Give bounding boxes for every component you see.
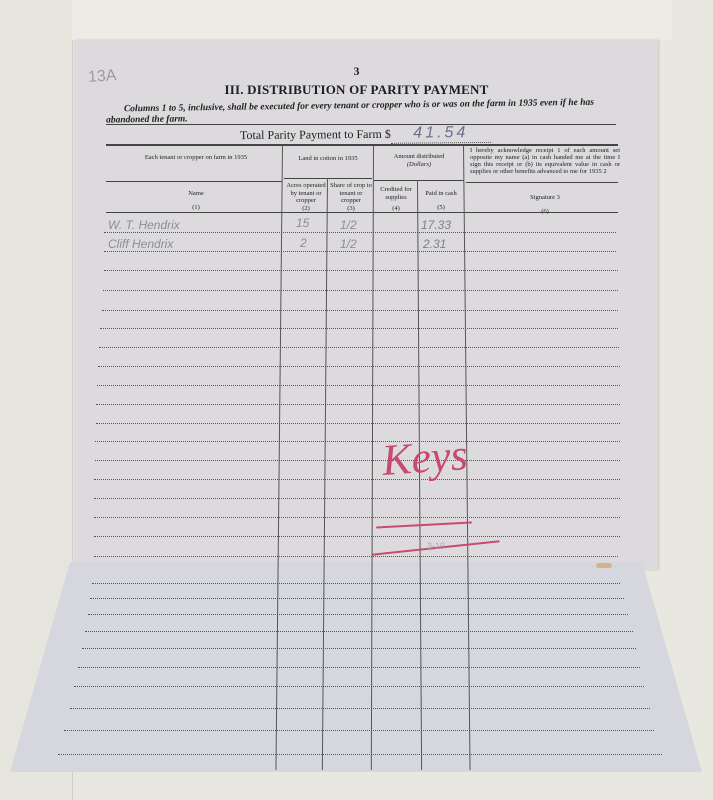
row-line: [74, 686, 644, 687]
acres-value: 2: [300, 236, 307, 250]
column-header-share: Share of crop to tenant or cropper(3): [329, 182, 373, 212]
row-line: [94, 479, 620, 480]
row-line: [94, 556, 618, 557]
row-line: [96, 423, 620, 424]
row-line: [58, 754, 662, 755]
header-acknowledgment: I hereby acknowledge receipt 1 of each a…: [470, 147, 620, 175]
row-line: [97, 385, 620, 386]
paid-cash-value: 2.31: [423, 237, 446, 251]
row-line: [94, 536, 620, 537]
form-title: III. DISTRIBUTION OF PARITY PAYMENT: [0, 82, 713, 98]
column-header-paid: Paid in cash(5): [419, 190, 463, 211]
row-line: [82, 648, 636, 649]
faint-stamp: 3-19: [414, 540, 458, 584]
column-header-acres: Acres operated by tenant or cropper(2): [285, 182, 327, 212]
header-subrule-4: [466, 182, 618, 183]
row-line: [104, 270, 618, 271]
row-line: [95, 441, 620, 442]
total-value: 41.54: [391, 124, 491, 144]
red-pencil-annotation: Keys: [380, 429, 469, 486]
row-line: [102, 310, 618, 311]
header-tenant-group: Each tenant or cropper on farm in 1935: [112, 154, 280, 162]
total-parity-payment: Total Parity Payment to Farm $41.54: [240, 124, 491, 145]
tenant-name: W. T. Hendrix: [108, 218, 273, 232]
header-amount-unit: (Dollars): [376, 161, 462, 169]
row-line: [95, 460, 620, 461]
tenant-name: Cliff Hendrix: [108, 237, 273, 251]
page-number: 3: [0, 64, 713, 79]
row-line: [104, 232, 616, 233]
header-amount-label: Amount distributed: [376, 153, 462, 161]
row-line: [100, 328, 618, 329]
row-line: [85, 631, 633, 632]
row-line: [96, 404, 620, 405]
header-land-group: Land in cotton in 1935: [284, 155, 372, 163]
row-line: [104, 251, 616, 252]
row-line: [94, 517, 620, 518]
header-amount-group: Amount distributed (Dollars): [376, 153, 462, 168]
header-subrule-2: [284, 178, 372, 179]
row-line: [64, 730, 654, 731]
row-line: [92, 583, 620, 584]
share-value: 1/2: [340, 237, 357, 251]
row-line: [90, 598, 624, 599]
row-line: [98, 366, 620, 367]
table-top-rule: [106, 144, 618, 146]
column-header-name: Name(1): [112, 190, 280, 211]
backing-paper: [72, 0, 672, 40]
total-label: Total Parity Payment to Farm $: [240, 127, 391, 142]
share-value: 1/2: [340, 218, 357, 232]
row-line: [78, 667, 640, 668]
paper-tear: [596, 563, 612, 568]
header-subrule-1: [106, 181, 282, 182]
row-line: [88, 614, 628, 615]
header-bottom-rule: [106, 212, 618, 213]
header-subrule-3: [374, 180, 464, 181]
row-line: [99, 347, 619, 348]
paid-cash-value: 17.33: [421, 218, 451, 232]
column-header-credited: Credited for supplies(4): [376, 186, 416, 213]
row-line: [94, 498, 620, 499]
row-line: [103, 290, 618, 291]
row-line: [70, 708, 650, 709]
acres-value: 15: [296, 216, 309, 230]
